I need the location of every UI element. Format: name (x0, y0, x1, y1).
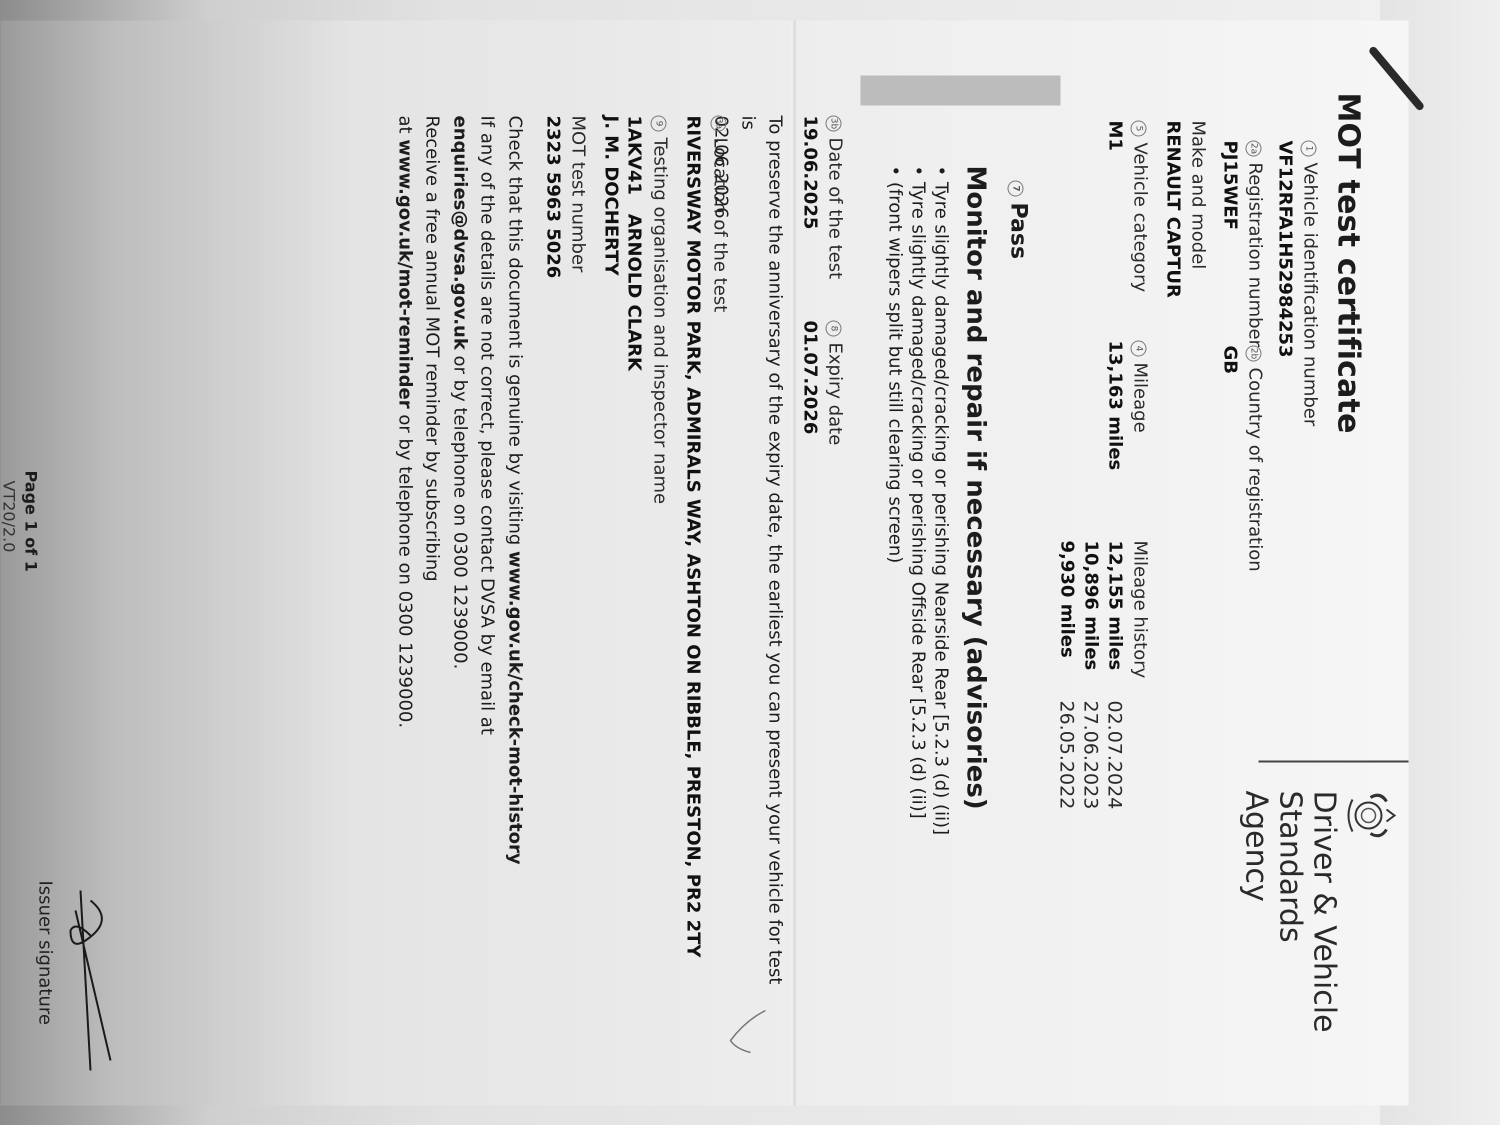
field-number-badge: 2a (1245, 140, 1261, 156)
country-value: GB (1219, 345, 1240, 374)
logo-divider (1258, 760, 1408, 762)
field-number-badge: 2b (1245, 345, 1261, 361)
result-value: Pass (1005, 202, 1030, 259)
mot-reminder-link[interactable]: www.gov.uk/mot-reminder (394, 139, 415, 408)
category-label: 5Vehicle category (1129, 120, 1150, 292)
mileage-history-label: Mileage history (1129, 540, 1150, 678)
field-number-badge: 9 (650, 115, 666, 131)
test-date-value: 19.06.2025 (799, 115, 820, 229)
advisory-item: • Tyre slightly damaged/cracking or peri… (906, 165, 929, 835)
field-number-badge: 1 (1300, 140, 1316, 156)
advisories-list: • Tyre slightly damaged/cracking or peri… (883, 165, 952, 835)
check-genuine-text: Check that this document is genuine by v… (501, 115, 528, 1015)
issuer-signature-mark (60, 870, 120, 1090)
testing-org-value: 1AKV41 ARNOLD CLARK (623, 115, 644, 370)
field-number-badge: 4 (1130, 340, 1146, 356)
vin-value: VF12RFA1H52984253 (1274, 140, 1295, 357)
paper-fold (791, 20, 795, 1105)
contact-text: If any of the details are not correct, p… (446, 115, 500, 1015)
make-model-value: RENAULT CAPTUR (1162, 120, 1183, 297)
expiry-date-value: 01.07.2026 (799, 320, 820, 434)
advisory-item: • (front wipers split but still clearing… (883, 165, 906, 835)
royal-crest-icon (1340, 785, 1400, 845)
mileage-history-row: 9,930 miles 26.05.2022 (1053, 540, 1077, 809)
inspector-name: J. M. DOCHERTY (600, 115, 621, 275)
field-number-badge: 5 (1130, 120, 1146, 136)
mileage-history-list: 12,155 miles 02.07.2024 10,896 miles 27.… (1053, 540, 1125, 809)
test-result: 7Pass (1005, 180, 1030, 259)
mileage-value: 13,163 miles (1104, 340, 1125, 470)
registration-value: PJ15WEF (1219, 140, 1240, 229)
test-number-label: MOT test number (567, 115, 588, 272)
field-number-badge: 7 (1007, 180, 1023, 196)
mileage-history-row: 10,896 miles 27.06.2023 (1077, 540, 1101, 809)
field-number-badge: 8 (825, 320, 841, 336)
advisories-heading: Monitor and repair if necessary (advisor… (960, 165, 990, 809)
testing-org-label: 9Testing organisation and inspector name (649, 115, 670, 504)
location-label: 3aLocation of the test (709, 115, 730, 312)
check-mot-history-link[interactable]: www.gov.uk/check-mot-history (504, 551, 525, 865)
page-number: Page 1 of 1 (21, 470, 40, 571)
mot-certificate: MOT test certificate Driver & Vehicle St… (0, 0, 1500, 1125)
advisory-item: • Tyre slightly damaged/cracking or peri… (929, 165, 952, 835)
make-model-label: Make and model (1187, 120, 1208, 269)
test-date-label: 3bDate of the test (824, 115, 845, 279)
test-number-value: 2323 5963 5026 (542, 115, 563, 278)
location-value: RIVERSWAY MOTOR PARK, ADMIRALS WAY, ASHT… (682, 115, 703, 957)
registration-label: 2aRegistration number (1244, 140, 1265, 347)
certificate-title: MOT test certificate (1330, 92, 1365, 433)
field-number-badge: 3a (710, 115, 726, 131)
country-label: 2bCountry of registration (1244, 345, 1265, 571)
pen-tick-mark (720, 1000, 780, 1060)
field-number-badge: 3b (825, 115, 841, 131)
grey-stripe (860, 75, 1060, 105)
vin-label: 1Vehicle identification number (1299, 140, 1320, 426)
issuer-signature-label: Issuer signature (34, 880, 55, 1024)
form-code: VT20/2.0 (0, 480, 18, 552)
reminder-text: Receive a free annual MOT reminder by su… (391, 115, 445, 1015)
agency-name: Driver & Vehicle Standards Agency (1238, 790, 1340, 1032)
expiry-date-label: 8Expiry date (824, 320, 845, 445)
mileage-label: 4Mileage (1129, 340, 1150, 432)
mileage-history-row: 12,155 miles 02.07.2024 (1101, 540, 1125, 809)
contact-email-link[interactable]: enquiries@dvsa.gov.uk (449, 115, 470, 349)
category-value: M1 (1104, 120, 1125, 150)
